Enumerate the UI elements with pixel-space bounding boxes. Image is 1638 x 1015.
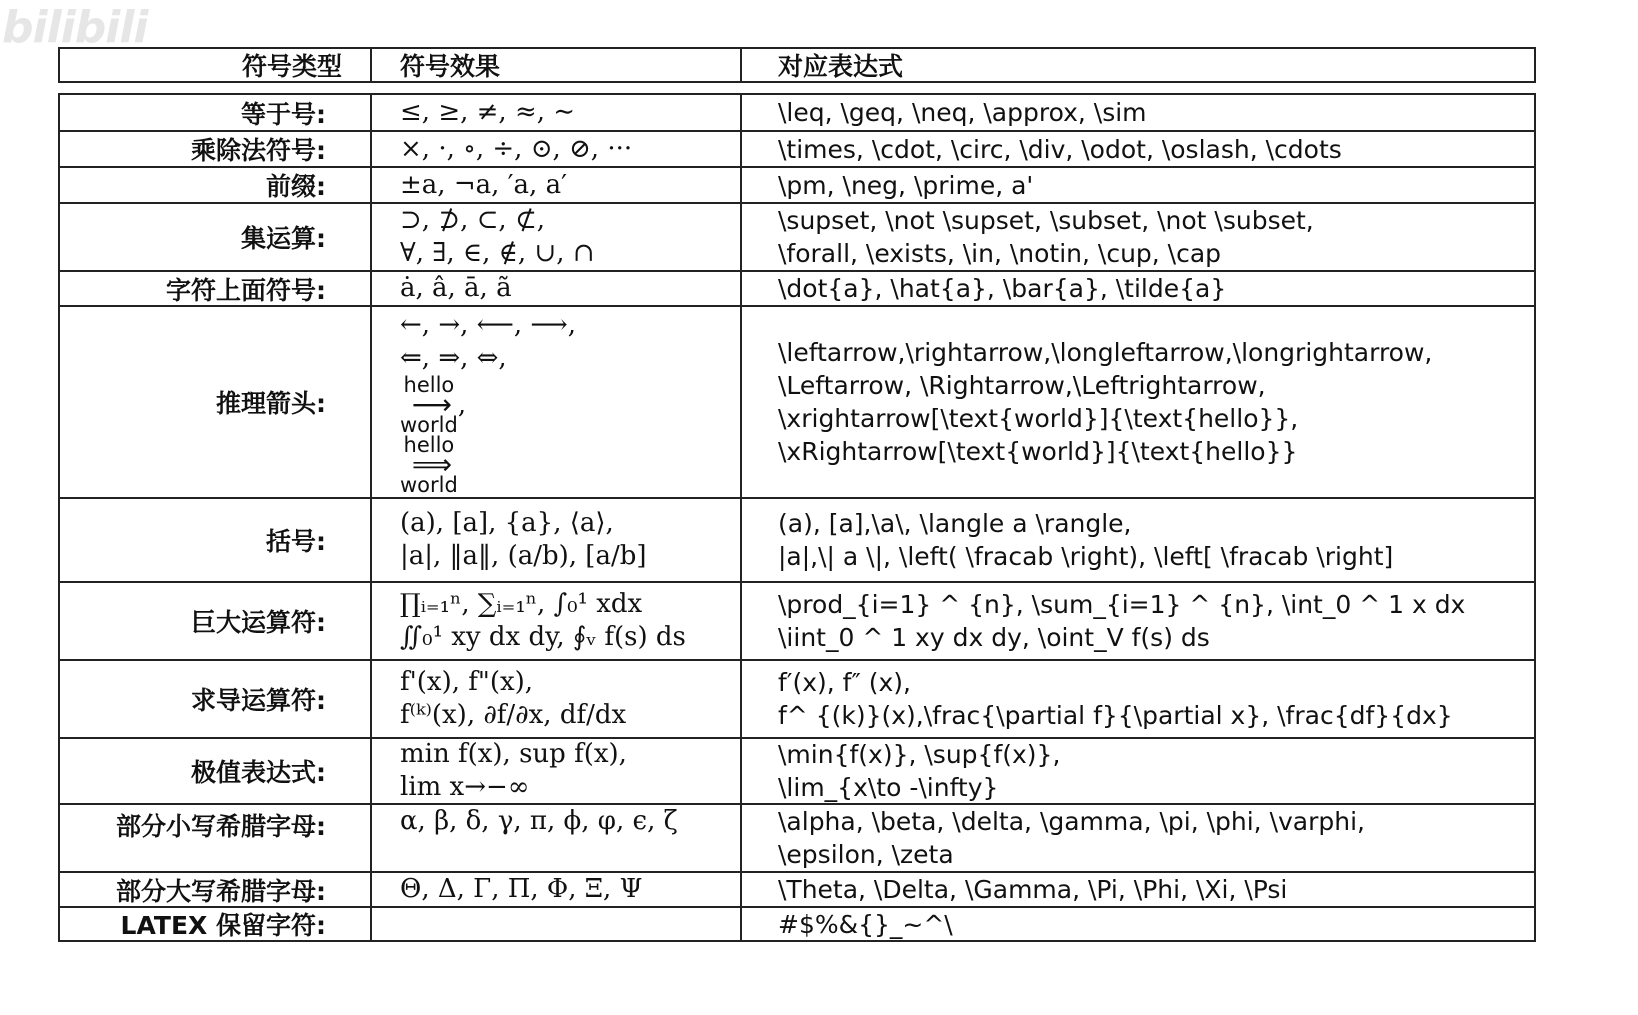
expression-cell: \pm, \neg, \prime, a'	[742, 168, 1534, 202]
effect-line: lim x→−∞	[400, 771, 529, 804]
effect-line: ±a, ¬a, ′a, a′	[400, 169, 567, 202]
symbol-effect-cell: ∏ᵢ₌₁ⁿ, ∑ᵢ₌₁ⁿ, ∫₀¹ xdx∬₀¹ xy dx dy, ∮ᵥ f(…	[372, 583, 742, 659]
symbol-effect-cell: min f(x), sup f(x),lim x→−∞	[372, 739, 742, 803]
effect-line: ∏ᵢ₌₁ⁿ, ∑ᵢ₌₁ⁿ, ∫₀¹ xdx	[400, 588, 642, 621]
effect-line: |a|, ‖a‖, (a/b), [a/b]	[400, 540, 647, 573]
symbol-effect-cell: ⊃, ⊅, ⊂, ⊄,∀, ∃, ∈, ∉, ∪, ∩	[372, 204, 742, 270]
xarrow-line: hello⟶world,	[400, 375, 466, 435]
symbol-effect-cell: ±a, ¬a, ′a, a′	[372, 168, 742, 202]
effect-line: (a), [a], {a}, ⟨a⟩,	[400, 507, 614, 540]
table-row: 部分小写希腊字母:α, β, δ, γ, π, ϕ, φ, ϵ, ζ\alpha…	[60, 803, 1534, 871]
labeled-arrow: hello⟶world	[400, 375, 458, 435]
xarrow-line: hello⟹world	[400, 435, 458, 495]
expression-line: #$%&{}_~^\	[778, 908, 953, 940]
arrow-bottom-label: world	[400, 475, 458, 495]
arrow-bottom-label: world	[400, 415, 458, 435]
symbol-effect-cell	[372, 908, 742, 940]
header-symbol-effect: 符号效果	[372, 49, 742, 81]
symbol-type-cell: 字符上面符号:	[60, 272, 372, 305]
expression-cell: \min{f(x)}, \sup{f(x)},\lim_{x\to -\inft…	[742, 739, 1534, 803]
expression-cell: \Theta, \Delta, \Gamma, \Pi, \Phi, \Xi, …	[742, 873, 1534, 906]
expression-line: \iint_0 ^ 1 xy dx dy, \oint_V f(s) ds	[778, 621, 1210, 654]
effect-line: Θ, Δ, Γ, Π, Φ, Ξ, Ψ	[400, 873, 642, 906]
table-row: 推理箭头:←, →, ⟵, ⟶,⇐, ⇒, ⇔,hello⟶world,hell…	[60, 305, 1534, 497]
effect-line: min f(x), sup f(x),	[400, 738, 627, 771]
table-row: 字符上面符号:ȧ, â, ā, ã\dot{a}, \hat{a}, \bar{…	[60, 270, 1534, 305]
expression-line: |a|,\| a \|, \left( \fracab \right), \le…	[778, 540, 1393, 573]
symbol-type-cell: 等于号:	[60, 95, 372, 130]
expression-line: \leftarrow,\rightarrow,\longleftarrow,\l…	[778, 336, 1432, 369]
expression-line: \times, \cdot, \circ, \div, \odot, \osla…	[778, 133, 1342, 166]
expression-line: \min{f(x)}, \sup{f(x)},	[778, 739, 1060, 771]
expression-line: \lim_{x\to -\infty}	[778, 771, 998, 803]
table-row: 乘除法符号:×, ·, ∘, ÷, ⊙, ⊘, ···\times, \cdot…	[60, 130, 1534, 166]
header-row: 符号类型 符号效果 对应表达式	[60, 49, 1534, 81]
header-symbol-type: 符号类型	[60, 49, 372, 81]
symbol-type-cell: 前缀:	[60, 168, 372, 202]
expression-line: \epsilon, \zeta	[778, 838, 954, 871]
symbol-type-cell: 部分大写希腊字母:	[60, 873, 372, 906]
expression-line: \Theta, \Delta, \Gamma, \Pi, \Phi, \Xi, …	[778, 873, 1287, 906]
right-arrow-icon: ⟶	[412, 395, 446, 415]
effect-line: ⇐, ⇒, ⇔,	[400, 342, 507, 375]
expression-line: \xrightarrow[\text{world}]{\text{hello}}…	[778, 402, 1298, 435]
expression-cell: \times, \cdot, \circ, \div, \odot, \osla…	[742, 132, 1534, 166]
expression-cell: (a), [a],\a\, \langle a \rangle,|a|,\| a…	[742, 499, 1534, 581]
expression-line: f^ {(k)}(x),\frac{\partial f}{\partial x…	[778, 699, 1453, 732]
table-header: 符号类型 符号效果 对应表达式	[58, 47, 1536, 83]
symbol-effect-cell: α, β, δ, γ, π, ϕ, φ, ϵ, ζ	[372, 805, 742, 871]
table-row: 巨大运算符:∏ᵢ₌₁ⁿ, ∑ᵢ₌₁ⁿ, ∫₀¹ xdx∬₀¹ xy dx dy,…	[60, 581, 1534, 659]
bilibili-watermark: bilibili	[2, 2, 147, 53]
expression-line: \supset, \not \supset, \subset, \not \su…	[778, 204, 1314, 237]
expression-line: \forall, \exists, \in, \notin, \cup, \ca…	[778, 237, 1221, 270]
table-row: 前缀:±a, ¬a, ′a, a′\pm, \neg, \prime, a'	[60, 166, 1534, 202]
symbol-type-cell: 极值表达式:	[60, 739, 372, 803]
expression-cell: \prod_{i=1} ^ {n}, \sum_{i=1} ^ {n}, \in…	[742, 583, 1534, 659]
effect-line: ≤, ≥, ≠, ≈, ∼	[400, 96, 575, 129]
effect-line: f'(x), f"(x),	[400, 666, 533, 699]
symbol-type-cell: 乘除法符号:	[60, 132, 372, 166]
symbol-table: 等于号:≤, ≥, ≠, ≈, ∼\leq, \geq, \neq, \appr…	[58, 93, 1536, 942]
symbol-effect-cell: ȧ, â, ā, ã	[372, 272, 742, 305]
table-row: 极值表达式:min f(x), sup f(x),lim x→−∞\min{f(…	[60, 737, 1534, 803]
effect-line: α, β, δ, γ, π, ϕ, φ, ϵ, ζ	[400, 805, 678, 838]
table-row: 部分大写希腊字母:Θ, Δ, Γ, Π, Φ, Ξ, Ψ\Theta, \Del…	[60, 871, 1534, 906]
expression-cell: \dot{a}, \hat{a}, \bar{a}, \tilde{a}	[742, 272, 1534, 305]
symbol-type-cell: 括号:	[60, 499, 372, 581]
effect-line: f⁽ᵏ⁾(x), ∂f/∂x, df/dx	[400, 699, 626, 732]
expression-line: \prod_{i=1} ^ {n}, \sum_{i=1} ^ {n}, \in…	[778, 588, 1465, 621]
symbol-effect-cell: (a), [a], {a}, ⟨a⟩,|a|, ‖a‖, (a/b), [a/b…	[372, 499, 742, 581]
symbol-type-cell: 推理箭头:	[60, 307, 372, 497]
labeled-arrow: hello⟹world	[400, 435, 458, 495]
symbol-effect-cell: ←, →, ⟵, ⟶,⇐, ⇒, ⇔,hello⟶world,hello⟹wor…	[372, 307, 742, 497]
expression-line: \pm, \neg, \prime, a'	[778, 169, 1033, 202]
expression-cell: #$%&{}_~^\	[742, 908, 1534, 940]
expression-line: f′(x), f″ (x),	[778, 666, 911, 699]
symbol-effect-cell: Θ, Δ, Γ, Π, Φ, Ξ, Ψ	[372, 873, 742, 906]
table-row: 集运算:⊃, ⊅, ⊂, ⊄,∀, ∃, ∈, ∉, ∪, ∩\supset, …	[60, 202, 1534, 270]
effect-line: ×, ·, ∘, ÷, ⊙, ⊘, ···	[400, 133, 632, 166]
expression-line: \alpha, \beta, \delta, \gamma, \pi, \phi…	[778, 805, 1365, 838]
table-row: 求导运算符:f'(x), f"(x),f⁽ᵏ⁾(x), ∂f/∂x, df/dx…	[60, 659, 1534, 737]
effect-line: ∬₀¹ xy dx dy, ∮ᵥ f(s) ds	[400, 621, 686, 654]
expression-line: \dot{a}, \hat{a}, \bar{a}, \tilde{a}	[778, 272, 1226, 305]
expression-cell: \leq, \geq, \neq, \approx, \sim	[742, 95, 1534, 130]
effect-line: ∀, ∃, ∈, ∉, ∪, ∩	[400, 237, 595, 270]
effect-line: ȧ, â, ā, ã	[400, 272, 512, 305]
symbol-effect-cell: ×, ·, ∘, ÷, ⊙, ⊘, ···	[372, 132, 742, 166]
symbol-effect-cell: ≤, ≥, ≠, ≈, ∼	[372, 95, 742, 130]
effect-line: ⊃, ⊅, ⊂, ⊄,	[400, 204, 545, 237]
symbol-type-cell: 集运算:	[60, 204, 372, 270]
symbol-type-cell: 巨大运算符:	[60, 583, 372, 659]
table-row: 括号:(a), [a], {a}, ⟨a⟩,|a|, ‖a‖, (a/b), […	[60, 497, 1534, 581]
effect-line: ←, →, ⟵, ⟶,	[400, 309, 576, 342]
expression-line: \Leftarrow, \Rightarrow,\Leftrightarrow,	[778, 369, 1266, 402]
expression-cell: f′(x), f″ (x),f^ {(k)}(x),\frac{\partial…	[742, 661, 1534, 737]
arrow-suffix: ,	[458, 395, 466, 415]
table-row: LATEX 保留字符:#$%&{}_~^\	[60, 906, 1534, 940]
expression-cell: \leftarrow,\rightarrow,\longleftarrow,\l…	[742, 307, 1534, 497]
header-expression: 对应表达式	[742, 49, 1534, 81]
symbol-effect-cell: f'(x), f"(x),f⁽ᵏ⁾(x), ∂f/∂x, df/dx	[372, 661, 742, 737]
expression-cell: \alpha, \beta, \delta, \gamma, \pi, \phi…	[742, 805, 1534, 871]
symbol-type-cell: 部分小写希腊字母:	[60, 805, 372, 871]
expression-line: \leq, \geq, \neq, \approx, \sim	[778, 96, 1147, 129]
expression-cell: \supset, \not \supset, \subset, \not \su…	[742, 204, 1534, 270]
symbol-type-cell: LATEX 保留字符:	[60, 908, 372, 940]
right-arrow-icon: ⟹	[412, 455, 446, 475]
table-row: 等于号:≤, ≥, ≠, ≈, ∼\leq, \geq, \neq, \appr…	[60, 95, 1534, 130]
expression-line: \xRightarrow[\text{world}]{\text{hello}}	[778, 435, 1297, 468]
symbol-type-cell: 求导运算符:	[60, 661, 372, 737]
expression-line: (a), [a],\a\, \langle a \rangle,	[778, 507, 1132, 540]
